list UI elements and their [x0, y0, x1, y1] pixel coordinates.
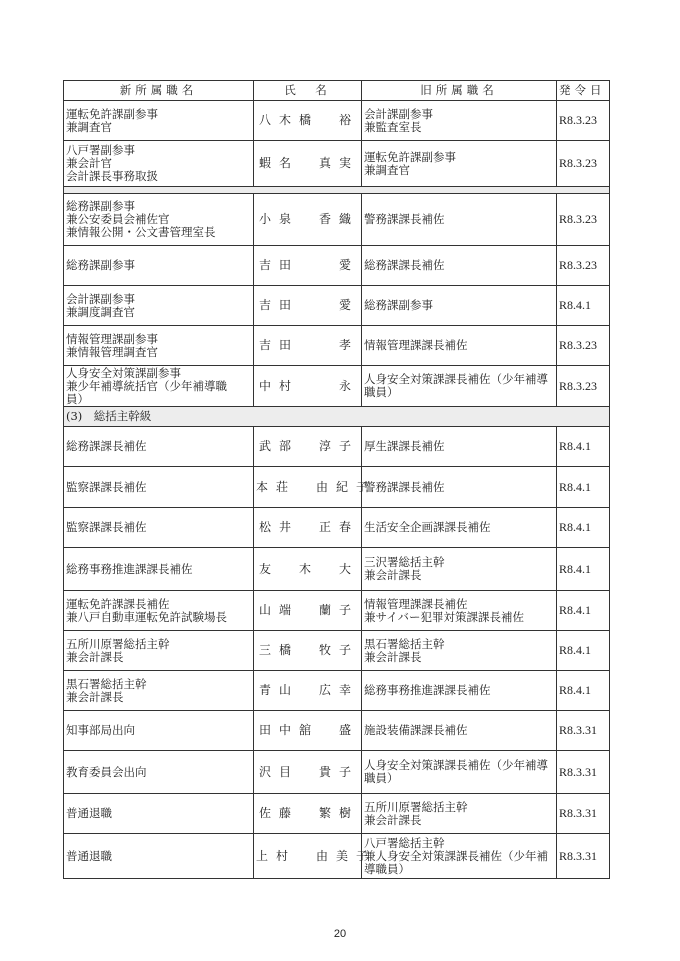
old-position-line: 導職員） — [364, 863, 554, 876]
table-row: 八戸署副参事兼会計官会計課長事務取扱蝦名 真実運転免許課副参事兼調査官R8.3.… — [64, 141, 610, 187]
separator-row — [64, 187, 610, 194]
old-position-cell: 施設装備課課長補佐 — [362, 711, 557, 751]
new-position-line: 監察課課長補佐 — [66, 521, 251, 534]
person-name-cell: 蝦名 真実 — [254, 141, 362, 187]
table-row: 会計課副参事兼調度調査官吉田 愛総務課副参事R8.4.1 — [64, 286, 610, 326]
table-row: 普通退職上村 由美子八戸署総括主幹兼人身安全対策課課長補佐（少年補導職員）R8.… — [64, 834, 610, 879]
separator-cell — [64, 187, 610, 194]
personnel-transfer-table: 新所属職名 氏 名 旧所属職名 発令日 運転免許課副参事兼調査官八木橋 裕会計課… — [63, 80, 610, 879]
person-name-cell: 八木橋 裕 — [254, 101, 362, 141]
old-position-line: 兼会計課長 — [364, 651, 554, 664]
old-position-cell: 八戸署総括主幹兼人身安全対策課課長補佐（少年補導職員） — [362, 834, 557, 879]
table-body-group-b: 総務課副参事兼公安委員会補佐官兼情報公開・公文書管理室長小泉 香織警務課課長補佐… — [64, 194, 610, 407]
old-position-line: 職員） — [364, 386, 554, 399]
old-position-line: 総務事務推進課課長補佐 — [364, 684, 554, 697]
table-row: 黒石署総括主幹兼会計課長青山 広幸総務事務推進課課長補佐R8.4.1 — [64, 671, 610, 711]
table-row: 教育委員会出向沢目 貴子人身安全対策課課長補佐（少年補導職員）R8.3.31 — [64, 751, 610, 794]
old-position-cell: 厚生課課長補佐 — [362, 427, 557, 467]
person-name-cell: 中村 永 — [254, 366, 362, 407]
old-position-line: 兼サイバー犯罪対策課課長補佐 — [364, 611, 554, 624]
new-position-line: 兼情報管理調査官 — [66, 346, 251, 359]
header-old-position: 旧所属職名 — [362, 81, 557, 101]
appointment-date-cell: R8.3.31 — [557, 794, 610, 834]
person-name-cell: 松井 正春 — [254, 508, 362, 548]
old-position-cell: 運転免許課副参事兼調査官 — [362, 141, 557, 187]
old-position-line: 運転免許課副参事 — [364, 151, 554, 164]
new-position-line: 兼会計課長 — [66, 691, 251, 704]
old-position-cell: 総務課課長補佐 — [362, 246, 557, 286]
new-position-line: 情報管理課副参事 — [66, 333, 251, 346]
person-name-cell: 田中舘 盛 — [254, 711, 362, 751]
person-name-cell: 吉田 愛 — [254, 286, 362, 326]
new-position-line: 兼調査官 — [66, 121, 251, 134]
table-header-row: 新所属職名 氏 名 旧所属職名 発令日 — [64, 81, 610, 101]
new-position-line: 普通退職 — [66, 850, 251, 863]
person-name-cell: 友 木 大 — [254, 548, 362, 591]
new-position-line: 教育委員会出向 — [66, 766, 251, 779]
new-position-line: 兼少年補導統括官（少年補導職 — [66, 380, 251, 393]
header-name: 氏 名 — [254, 81, 362, 101]
old-position-line: 八戸署総括主幹 — [364, 837, 554, 850]
old-position-line: 厚生課課長補佐 — [364, 440, 554, 453]
new-position-line: 総務事務推進課課長補佐 — [66, 563, 251, 576]
table-row: 運転免許課課長補佐兼八戸自動車運転免許試験場長山端 蘭子情報管理課課長補佐兼サイ… — [64, 591, 610, 631]
table-row: 知事部局出向田中舘 盛施設装備課課長補佐R8.3.31 — [64, 711, 610, 751]
appointment-date-cell: R8.4.1 — [557, 467, 610, 508]
appointment-date-cell: R8.3.31 — [557, 751, 610, 794]
old-position-cell: 会計課副参事兼監査室長 — [362, 101, 557, 141]
appointment-date-cell: R8.4.1 — [557, 427, 610, 467]
table-row: 総務課副参事兼公安委員会補佐官兼情報公開・公文書管理室長小泉 香織警務課課長補佐… — [64, 194, 610, 246]
new-position-cell: 情報管理課副参事兼情報管理調査官 — [64, 326, 254, 366]
new-position-cell: 監察課課長補佐 — [64, 467, 254, 508]
table-row: 監察課課長補佐松井 正春生活安全企画課課長補佐R8.4.1 — [64, 508, 610, 548]
old-position-cell: 人身安全対策課課長補佐（少年補導職員） — [362, 366, 557, 407]
old-position-cell: 情報管理課課長補佐 — [362, 326, 557, 366]
table-row: 人身安全対策課副参事兼少年補導統括官（少年補導職員）中村 永人身安全対策課課長補… — [64, 366, 610, 407]
old-position-line: 情報管理課課長補佐 — [364, 339, 554, 352]
new-position-line: 兼調度調査官 — [66, 306, 251, 319]
appointment-date-cell: R8.3.23 — [557, 141, 610, 187]
new-position-cell: 人身安全対策課副参事兼少年補導統括官（少年補導職員） — [64, 366, 254, 407]
new-position-line: 黒石署総括主幹 — [66, 678, 251, 691]
new-position-line: 兼会計課長 — [66, 651, 251, 664]
old-position-line: 警務課課長補佐 — [364, 213, 554, 226]
new-position-cell: 会計課副参事兼調度調査官 — [64, 286, 254, 326]
old-position-line: 兼会計課長 — [364, 814, 554, 827]
appointment-date-cell: R8.3.31 — [557, 834, 610, 879]
table-row: 総務事務推進課課長補佐友 木 大三沢署総括主幹兼会計課長R8.4.1 — [64, 548, 610, 591]
appointment-date-cell: R8.3.23 — [557, 101, 610, 141]
new-position-cell: 総務課副参事 — [64, 246, 254, 286]
person-name-cell: 青山 広幸 — [254, 671, 362, 711]
appointment-date-cell: R8.3.23 — [557, 366, 610, 407]
old-position-line: 職員） — [364, 772, 554, 785]
header-new-position: 新所属職名 — [64, 81, 254, 101]
table-row: 監察課課長補佐本荘 由紀子警務課課長補佐R8.4.1 — [64, 467, 610, 508]
old-position-cell: 警務課課長補佐 — [362, 467, 557, 508]
appointment-date-cell: R8.4.1 — [557, 548, 610, 591]
old-position-line: 兼監査室長 — [364, 121, 554, 134]
new-position-line: 会計課長事務取扱 — [66, 170, 251, 183]
section-group: (3) 総括主幹級 — [64, 407, 610, 427]
old-position-cell: 五所川原署総括主幹兼会計課長 — [362, 794, 557, 834]
appointment-date-cell: R8.3.31 — [557, 711, 610, 751]
new-position-line: 会計課副参事 — [66, 293, 251, 306]
new-position-cell: 普通退職 — [64, 834, 254, 879]
header-date: 発令日 — [557, 81, 610, 101]
new-position-cell: 運転免許課副参事兼調査官 — [64, 101, 254, 141]
old-position-line: 総務課課長補佐 — [364, 259, 554, 272]
appointment-date-cell: R8.4.1 — [557, 286, 610, 326]
appointment-date-cell: R8.3.23 — [557, 326, 610, 366]
new-position-line: 普通退職 — [66, 807, 251, 820]
page-number: 20 — [0, 928, 680, 940]
table-body-group-a: 運転免許課副参事兼調査官八木橋 裕会計課副参事兼監査室長R8.3.23八戸署副参… — [64, 101, 610, 187]
new-position-line: 員） — [66, 393, 251, 406]
old-position-line: 総務課副参事 — [364, 299, 554, 312]
new-position-line: 運転免許課課長補佐 — [66, 598, 251, 611]
new-position-cell: 黒石署総括主幹兼会計課長 — [64, 671, 254, 711]
table-row: 運転免許課副参事兼調査官八木橋 裕会計課副参事兼監査室長R8.3.23 — [64, 101, 610, 141]
new-position-cell: 監察課課長補佐 — [64, 508, 254, 548]
new-position-line: 兼情報公開・公文書管理室長 — [66, 226, 251, 239]
new-position-line: 総務課課長補佐 — [66, 440, 251, 453]
new-position-cell: 運転免許課課長補佐兼八戸自動車運転免許試験場長 — [64, 591, 254, 631]
old-position-cell: 人身安全対策課課長補佐（少年補導職員） — [362, 751, 557, 794]
table-row: 五所川原署総括主幹兼会計課長三橋 牧子黒石署総括主幹兼会計課長R8.4.1 — [64, 631, 610, 671]
person-name-cell: 本荘 由紀子 — [254, 467, 362, 508]
old-position-line: 五所川原署総括主幹 — [364, 801, 554, 814]
new-position-cell: 総務課副参事兼公安委員会補佐官兼情報公開・公文書管理室長 — [64, 194, 254, 246]
old-position-line: 情報管理課課長補佐 — [364, 598, 554, 611]
person-name-cell: 上村 由美子 — [254, 834, 362, 879]
table-row: 総務課副参事吉田 愛総務課課長補佐R8.3.23 — [64, 246, 610, 286]
old-position-line: 兼調査官 — [364, 164, 554, 177]
old-position-cell: 生活安全企画課課長補佐 — [362, 508, 557, 548]
appointment-date-cell: R8.3.23 — [557, 194, 610, 246]
appointment-date-cell: R8.3.23 — [557, 246, 610, 286]
old-position-line: 施設装備課課長補佐 — [364, 724, 554, 737]
appointment-date-cell: R8.4.1 — [557, 591, 610, 631]
old-position-cell: 警務課課長補佐 — [362, 194, 557, 246]
person-name-cell: 山端 蘭子 — [254, 591, 362, 631]
person-name-cell: 吉田 孝 — [254, 326, 362, 366]
old-position-line: 生活安全企画課課長補佐 — [364, 521, 554, 534]
table-row: 総務課課長補佐武部 淳子厚生課課長補佐R8.4.1 — [64, 427, 610, 467]
new-position-line: 兼八戸自動車運転免許試験場長 — [66, 611, 251, 624]
section-label: (3) 総括主幹級 — [64, 407, 610, 427]
new-position-cell: 八戸署副参事兼会計官会計課長事務取扱 — [64, 141, 254, 187]
separator-group — [64, 187, 610, 194]
person-name-cell: 三橋 牧子 — [254, 631, 362, 671]
person-name-cell: 吉田 愛 — [254, 246, 362, 286]
appointment-date-cell: R8.4.1 — [557, 671, 610, 711]
new-position-line: 総務課副参事 — [66, 259, 251, 272]
person-name-cell: 武部 淳子 — [254, 427, 362, 467]
new-position-cell: 総務課課長補佐 — [64, 427, 254, 467]
section-header-row: (3) 総括主幹級 — [64, 407, 610, 427]
person-name-cell: 小泉 香織 — [254, 194, 362, 246]
old-position-cell: 三沢署総括主幹兼会計課長 — [362, 548, 557, 591]
new-position-line: 五所川原署総括主幹 — [66, 638, 251, 651]
old-position-cell: 情報管理課課長補佐兼サイバー犯罪対策課課長補佐 — [362, 591, 557, 631]
person-name-cell: 沢目 貴子 — [254, 751, 362, 794]
new-position-cell: 五所川原署総括主幹兼会計課長 — [64, 631, 254, 671]
new-position-line: 人身安全対策課副参事 — [66, 367, 251, 380]
old-position-line: 黒石署総括主幹 — [364, 638, 554, 651]
old-position-cell: 黒石署総括主幹兼会計課長 — [362, 631, 557, 671]
old-position-line: 警務課課長補佐 — [364, 481, 554, 494]
table-row: 情報管理課副参事兼情報管理調査官吉田 孝情報管理課課長補佐R8.3.23 — [64, 326, 610, 366]
table-body-group-c: 総務課課長補佐武部 淳子厚生課課長補佐R8.4.1監察課課長補佐本荘 由紀子警務… — [64, 427, 610, 879]
new-position-line: 監察課課長補佐 — [66, 481, 251, 494]
table-row: 普通退職佐藤 繁樹五所川原署総括主幹兼会計課長R8.3.31 — [64, 794, 610, 834]
appointment-date-cell: R8.4.1 — [557, 631, 610, 671]
new-position-line: 知事部局出向 — [66, 724, 251, 737]
new-position-line: 運転免許課副参事 — [66, 108, 251, 121]
old-position-line: 会計課副参事 — [364, 108, 554, 121]
person-name-cell: 佐藤 繁樹 — [254, 794, 362, 834]
old-position-cell: 総務課副参事 — [362, 286, 557, 326]
new-position-cell: 知事部局出向 — [64, 711, 254, 751]
new-position-cell: 総務事務推進課課長補佐 — [64, 548, 254, 591]
old-position-line: 兼人身安全対策課課長補佐（少年補 — [364, 850, 554, 863]
new-position-cell: 教育委員会出向 — [64, 751, 254, 794]
new-position-cell: 普通退職 — [64, 794, 254, 834]
old-position-line: 兼会計課長 — [364, 569, 554, 582]
old-position-cell: 総務事務推進課課長補佐 — [362, 671, 557, 711]
appointment-date-cell: R8.4.1 — [557, 508, 610, 548]
